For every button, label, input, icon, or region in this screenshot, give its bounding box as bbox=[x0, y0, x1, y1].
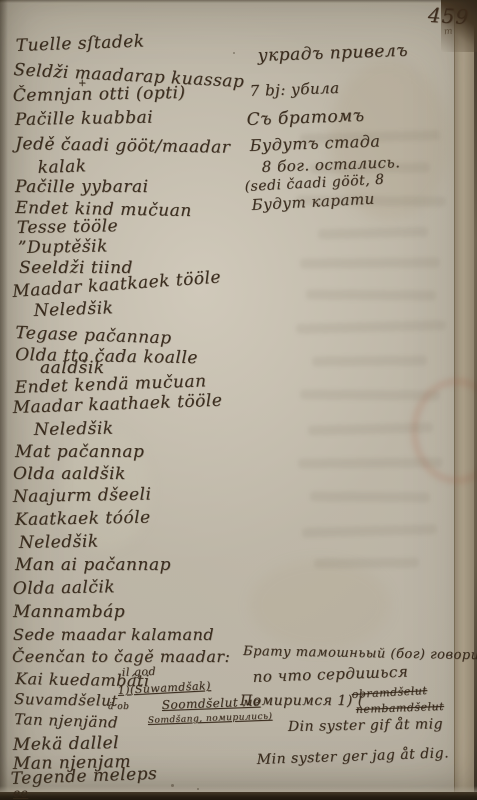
handwritten-line: Sede maadar kalamand bbox=[13, 627, 214, 643]
handwritten-line: ”Duptěšik bbox=[18, 238, 108, 257]
page-number-mark: m bbox=[444, 27, 454, 38]
handwritten-line: 7 bj: убила bbox=[249, 81, 339, 99]
handwritten-line: Mat pačannap bbox=[15, 444, 144, 461]
photo-bottom-edge bbox=[0, 792, 477, 800]
handwritten-line: Mannambáp bbox=[13, 604, 125, 621]
handwritten-line: Kaatkaek tóóle bbox=[15, 510, 151, 529]
handwritten-line: Olda aaldšik bbox=[13, 466, 126, 483]
show-through-ghost-text bbox=[318, 227, 428, 240]
handwritten-line: Tesse tööle bbox=[17, 218, 119, 237]
annotation-note: Soomdšelut ме bbox=[162, 696, 261, 711]
show-through-ghost-text bbox=[298, 457, 443, 468]
handwritten-line: kalak bbox=[37, 158, 86, 177]
show-through-ghost-text bbox=[300, 257, 440, 268]
show-through-ghost-text bbox=[302, 524, 437, 538]
ink-speck bbox=[233, 52, 235, 54]
handwritten-line: Jedě čaadi gööt/maadar bbox=[15, 136, 230, 157]
annotation-note: Somdšang, помирились) bbox=[148, 713, 273, 726]
page-number: 459 bbox=[427, 3, 469, 29]
handwritten-line: Din syster gif åt mig bbox=[288, 717, 443, 734]
annotation-note: 1)(Suwamdšak) bbox=[117, 680, 211, 696]
handwritten-line: по что сердишься bbox=[252, 665, 408, 685]
ink-speck bbox=[197, 788, 199, 790]
handwritten-line: Mekä dallel bbox=[13, 735, 119, 754]
handwritten-line: Tan njenjänd bbox=[14, 712, 118, 731]
handwritten-line: Neledšik bbox=[33, 300, 113, 320]
handwritten-line: Naajurm dšeeli bbox=[13, 487, 152, 506]
handwritten-line: Man ai pačannap bbox=[15, 557, 171, 574]
handwritten-line: Tegase pačannap bbox=[15, 325, 172, 347]
handwritten-line: Suvamdšelut bbox=[14, 692, 118, 709]
handwritten-line: Брату тамошньый (бог) говорит. bbox=[243, 645, 477, 662]
handwritten-line: Neledšik bbox=[19, 534, 99, 552]
show-through-ghost-text bbox=[312, 355, 427, 366]
book-gutter-shadow bbox=[0, 0, 8, 800]
handwritten-line: Съ братомъ bbox=[246, 108, 364, 129]
photo-top-edge bbox=[0, 0, 477, 3]
handwritten-line: Pačille kuabbai bbox=[15, 110, 154, 129]
show-through-ghost-text bbox=[306, 289, 436, 300]
ink-speck bbox=[171, 784, 174, 787]
manuscript-page-photo: 459 m Tuelle sſtadekSeldži maadarap kuas… bbox=[0, 0, 477, 800]
handwritten-line: Čemnjan otti (opti) bbox=[13, 85, 186, 105]
annotation-note: il god bbox=[122, 666, 157, 678]
handwritten-line: Maadar kaathaek tööle bbox=[12, 393, 222, 417]
handwritten-line: Tegende meleps bbox=[10, 766, 157, 788]
show-through-ghost-text bbox=[310, 162, 430, 173]
annotation-note: obramdšelut bbox=[351, 685, 427, 700]
handwritten-line: Tuelle sſtadek bbox=[15, 34, 144, 55]
annotation-note: nembamdšelut bbox=[356, 701, 445, 715]
show-through-ghost-text bbox=[310, 491, 430, 502]
handwritten-line: Čeenčan to čagě maadar: bbox=[12, 649, 230, 665]
paper-stain bbox=[250, 560, 390, 650]
handwritten-line: Olda aalčik bbox=[13, 579, 116, 598]
annotation-note: ä ob bbox=[108, 703, 129, 712]
handwritten-line: Pačille yybarai bbox=[15, 179, 149, 196]
annotation-note: + bbox=[78, 79, 87, 89]
handwritten-line: Neledšik bbox=[34, 421, 114, 439]
show-through-ghost-text bbox=[296, 320, 446, 334]
handwritten-line: Min syster ger jag åt dig. bbox=[257, 746, 450, 767]
show-through-ghost-text bbox=[300, 389, 440, 400]
handwritten-line: ее bbox=[13, 787, 28, 799]
show-through-ghost-text bbox=[296, 195, 446, 206]
show-through-ghost-text bbox=[314, 558, 419, 569]
